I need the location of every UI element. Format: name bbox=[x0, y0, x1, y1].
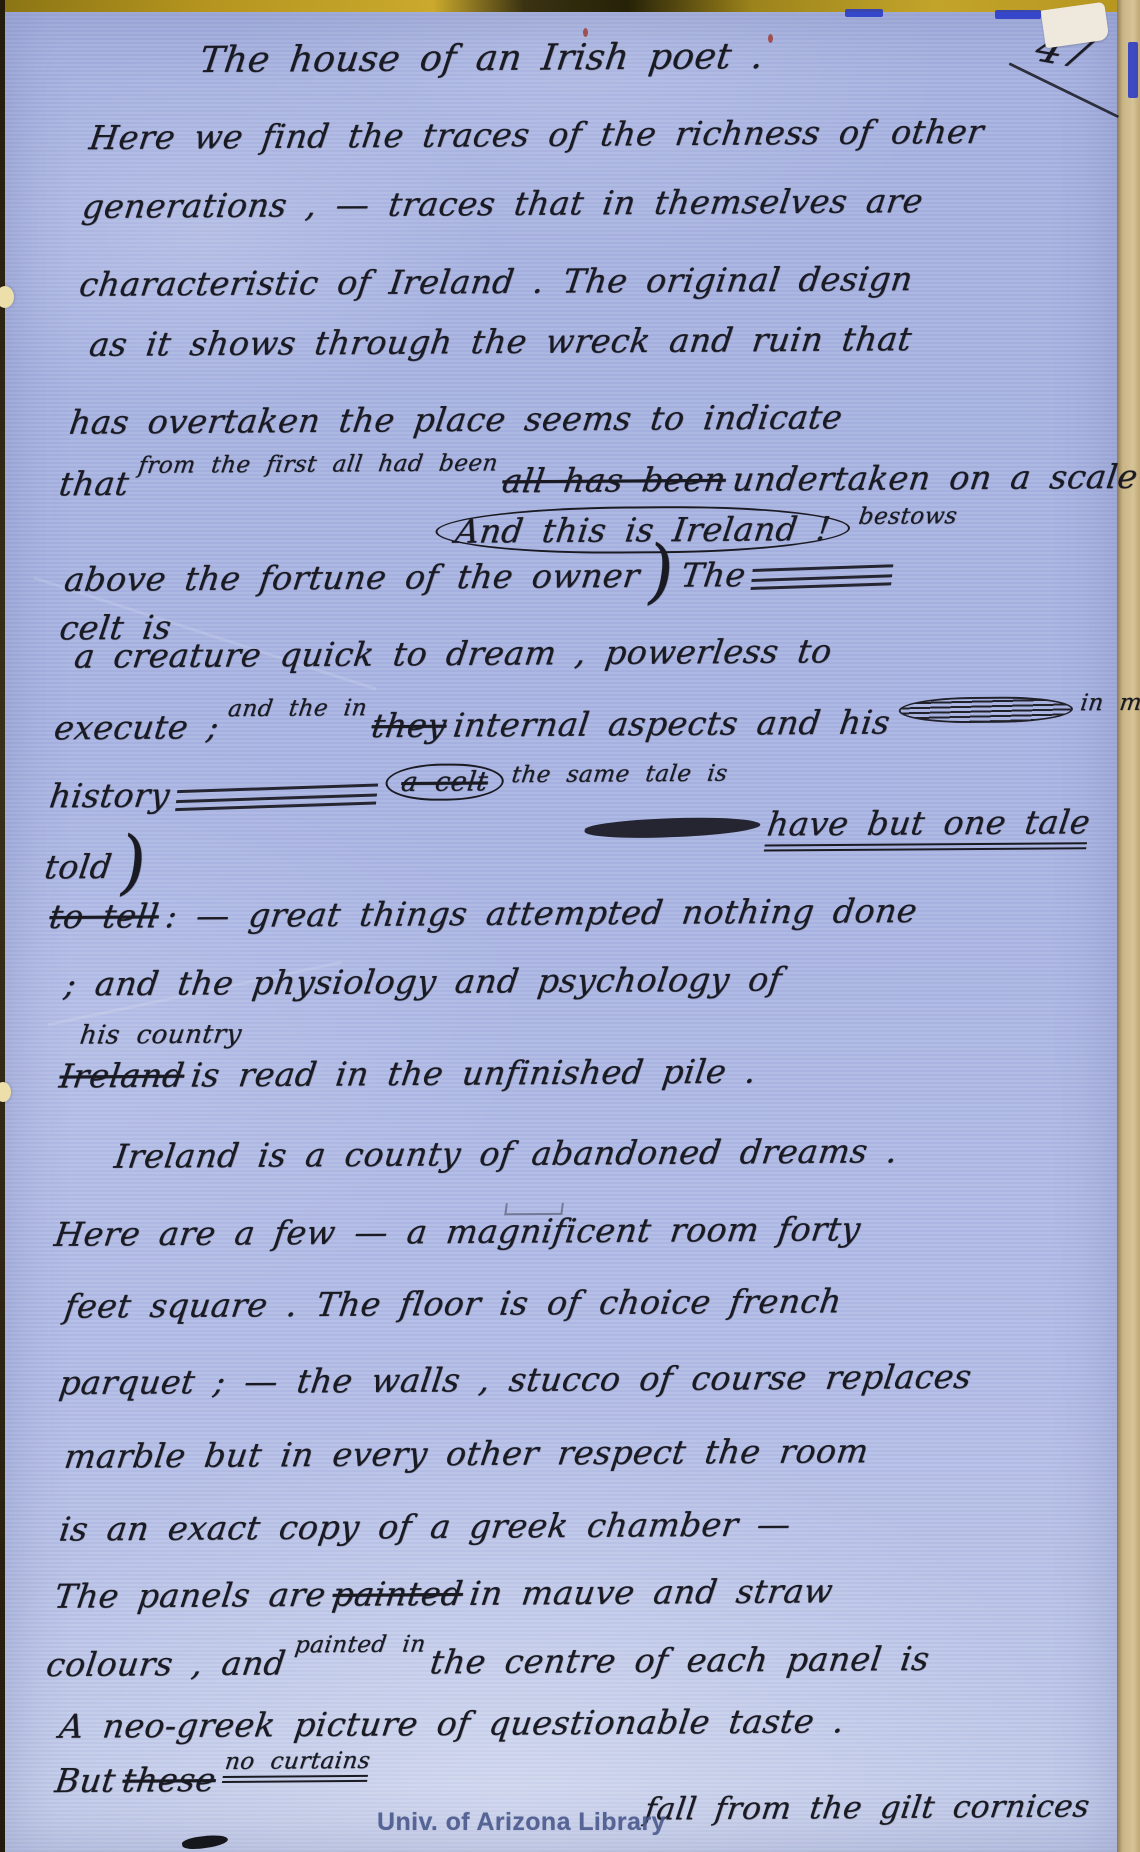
inserted-text: from the first all had been bbox=[137, 450, 500, 479]
handwritten-text: above the fortune of the owner bbox=[62, 556, 642, 599]
line-no-curtains: Buttheseno curtains bbox=[52, 1759, 378, 1806]
handwritten-text: A neo-greek picture of questionable tast… bbox=[57, 1701, 847, 1745]
line-feet-square: feet square . The floor is of choice fre… bbox=[62, 1281, 851, 1325]
line-creature: a creature quick to dream , powerless to bbox=[72, 631, 841, 675]
handwritten-text: execute ; bbox=[52, 707, 222, 747]
handwritten-text: internal aspects and his bbox=[451, 703, 893, 745]
handwritten-text: is an exact copy of a greek chamber — bbox=[57, 1504, 793, 1548]
line-told: told) bbox=[42, 847, 156, 887]
under-page-right-edge bbox=[1117, 0, 1140, 1852]
line-parquet: parquet ; — the walls , stucco of course… bbox=[57, 1357, 981, 1402]
struck-text: all has been bbox=[500, 460, 728, 501]
handwritten-text: the centre of each panel is bbox=[428, 1639, 932, 1681]
handwritten-text: his country bbox=[78, 1019, 244, 1050]
blue-ink-mark bbox=[1128, 42, 1138, 98]
handwritten-text: told bbox=[42, 847, 114, 886]
line-great-things: to tell: — great things attempted nothin… bbox=[47, 891, 927, 936]
handwritten-text: fall from the gilt cornices bbox=[642, 1788, 1092, 1827]
handwritten-text: generations , — traces that in themselve… bbox=[80, 181, 926, 226]
inserted-text: in marble bbox=[1079, 689, 1140, 716]
inserted-text: bestows bbox=[857, 503, 959, 530]
circled-scratched-out-text bbox=[897, 696, 1075, 723]
inserted-text: and the in bbox=[226, 695, 368, 722]
line-generations: generations , — traces that in themselve… bbox=[80, 181, 933, 226]
struck-text: to tell bbox=[47, 896, 161, 936]
handwritten-text: Here are a few — a magnificent room fort… bbox=[52, 1209, 863, 1254]
handwritten-text: But bbox=[53, 1761, 119, 1800]
handwritten-text: The panels are bbox=[52, 1575, 328, 1616]
line-opening: Here we find the traces of the richness … bbox=[87, 112, 993, 157]
page-title: The house of an Irish poet . bbox=[197, 36, 766, 81]
line-marble: marble but in every other respect the ro… bbox=[62, 1431, 878, 1476]
handwritten-text: that bbox=[57, 464, 132, 503]
blue-ink-mark bbox=[845, 9, 883, 17]
inserted-text: the same tale is bbox=[510, 761, 729, 789]
line-magnificent: Here are a few — a magnificent room fort… bbox=[52, 1209, 870, 1254]
red-speck bbox=[583, 28, 588, 37]
handwritten-text: The bbox=[679, 555, 749, 594]
inserted-text: painted in bbox=[293, 1631, 427, 1658]
line-panels: The panels arepaintedin mauve and straw bbox=[52, 1571, 842, 1615]
struck-circled-annotation: a celt bbox=[383, 763, 506, 801]
handwritten-text: a creature quick to dream , powerless to bbox=[72, 631, 834, 675]
handwritten-text: marble but in every other respect the ro… bbox=[62, 1431, 871, 1476]
circled-annotation: And this is Ireland ! bbox=[432, 505, 853, 555]
struck-text: Ireland bbox=[57, 1056, 187, 1096]
handwritten-text: in mauve and straw bbox=[467, 1571, 835, 1613]
manuscript-page: The house of an Irish poet . 47 Here we … bbox=[5, 12, 1117, 1852]
handwritten-text: history bbox=[47, 776, 172, 816]
manuscript-photo: { "page": { "title": "The house of an Ir… bbox=[0, 0, 1140, 1852]
line-unfinished: Irelandis read in the unfinished pile . bbox=[57, 1052, 766, 1096]
blue-ink-mark bbox=[995, 10, 1041, 19]
line-neo-greek: A neo-greek picture of questionable tast… bbox=[57, 1701, 854, 1746]
line-colours: colours , andpainted inthe centre of eac… bbox=[44, 1639, 939, 1684]
struck-text: painted bbox=[330, 1574, 465, 1614]
handwritten-text: characteristic of Ireland . The original… bbox=[77, 259, 915, 304]
line-characteristic: characteristic of Ireland . The original… bbox=[77, 259, 922, 304]
struck-text: these bbox=[120, 1760, 218, 1800]
handwritten-text: is read in the unfinished pile . bbox=[189, 1052, 759, 1095]
handwritten-text: parquet ; — the walls , stucco of course… bbox=[57, 1357, 974, 1402]
line-physiology: ; and the physiology and psychology of bbox=[62, 959, 791, 1003]
line-gilt-cornices: fall from the gilt cornices bbox=[642, 1788, 1099, 1827]
line-one-tale: have but one tale bbox=[582, 802, 1100, 853]
line-undertaken: thatfrom the first all had beenall has b… bbox=[57, 456, 1140, 504]
ink-blot bbox=[584, 814, 762, 840]
handwritten-text: Here we find the traces of the richness … bbox=[87, 112, 986, 157]
line-overtaken: has overtaken the place seems to indicat… bbox=[67, 397, 852, 441]
line-wreck: as it shows through the wreck and ruin t… bbox=[87, 319, 921, 364]
handwritten-text: undertaken on a scale bbox=[730, 457, 1140, 499]
underlined-text: have but one tale bbox=[764, 802, 1093, 851]
struck-text: they bbox=[369, 706, 449, 746]
line-execute: execute ;and the intheyinternal aspects … bbox=[52, 700, 1140, 748]
line-his-country: his country bbox=[78, 1019, 251, 1050]
scratched-out-text bbox=[751, 564, 894, 590]
handwritten-text: as it shows through the wreck and ruin t… bbox=[87, 319, 914, 364]
handwritten-text: ; and the physiology and psychology of bbox=[62, 960, 784, 1004]
line-fortune: above the fortune of the owner)The bbox=[62, 554, 902, 599]
handwritten-text: colours , and bbox=[44, 1643, 288, 1684]
handwritten-text: Ireland is a county of abandoned dreams … bbox=[112, 1131, 900, 1175]
inserted-text: no curtains bbox=[222, 1748, 372, 1783]
handwritten-text: has overtaken the place seems to indicat… bbox=[67, 397, 845, 441]
handwritten-text: feet square . The floor is of choice fre… bbox=[62, 1281, 844, 1325]
library-stamp: Univ. of Arizona Library bbox=[377, 1808, 666, 1837]
handwritten-text: : — great things attempted nothing done bbox=[163, 891, 920, 935]
line-abandoned-dreams: Ireland is a county of abandoned dreams … bbox=[112, 1131, 907, 1176]
red-speck bbox=[768, 34, 773, 43]
scratched-out-text bbox=[175, 783, 378, 811]
line-greek-chamber: is an exact copy of a greek chamber — bbox=[57, 1504, 800, 1548]
